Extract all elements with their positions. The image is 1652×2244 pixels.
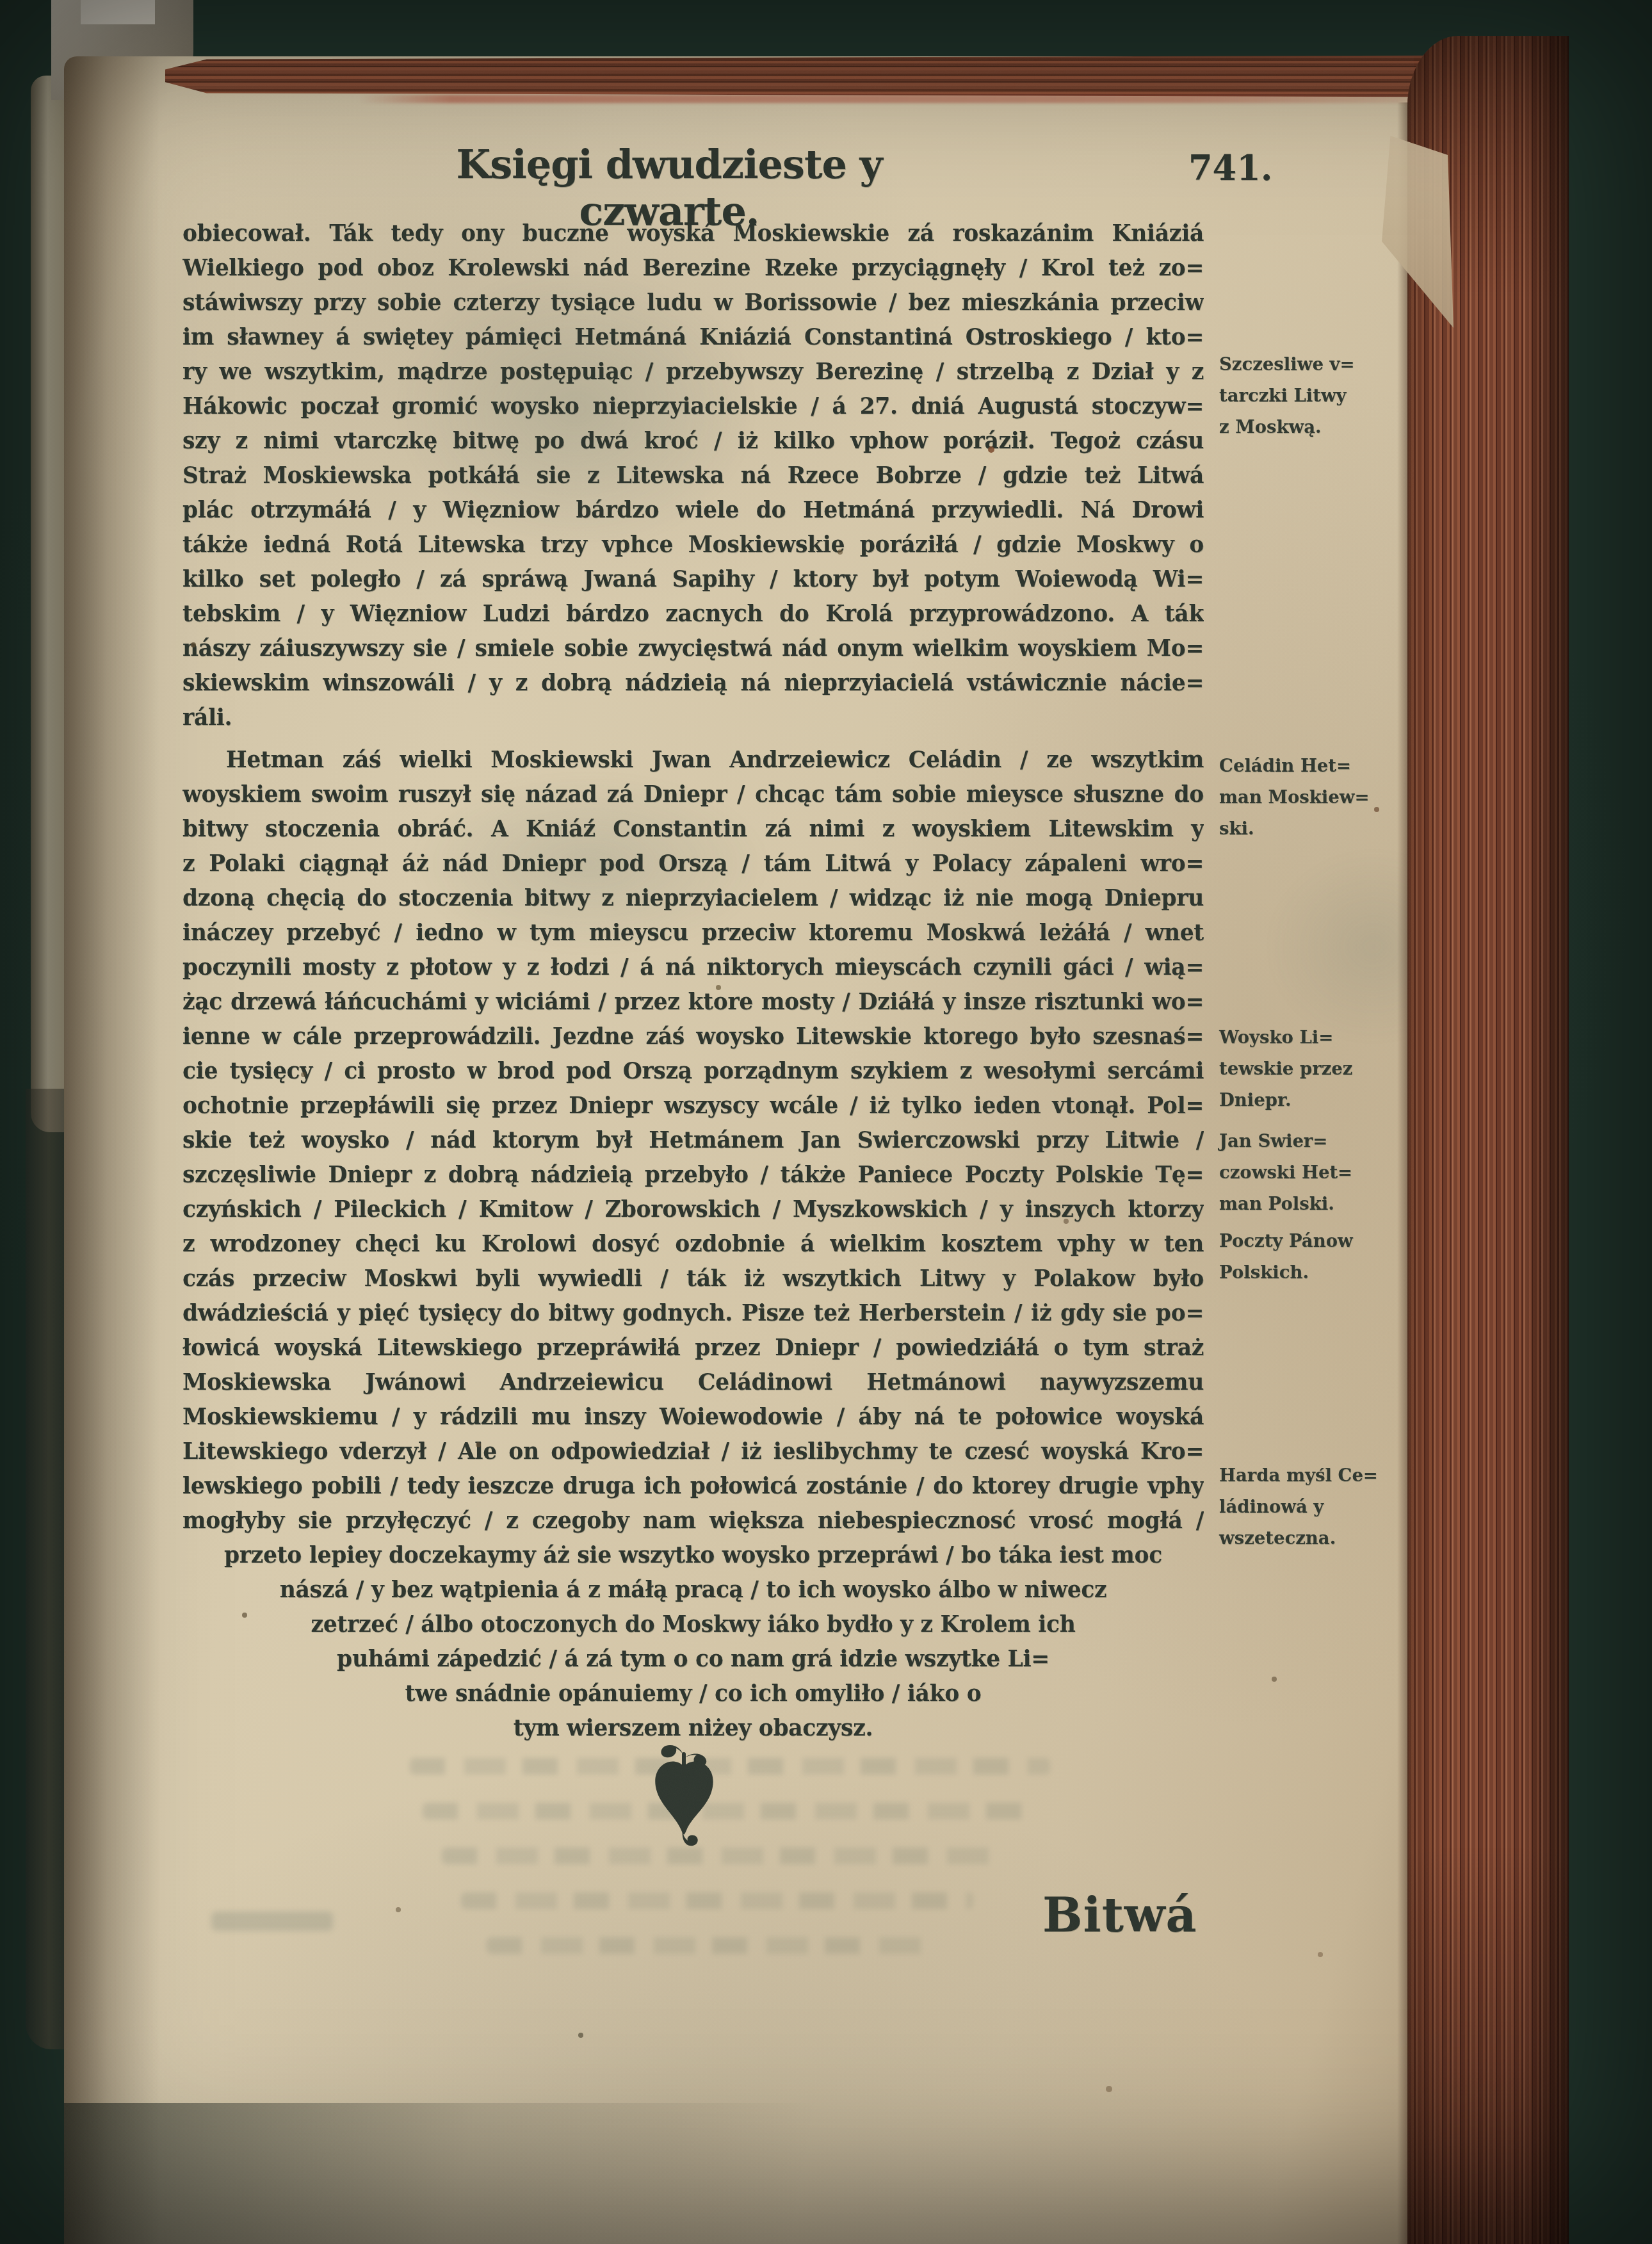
margin-note: Woysko Li=tewskie przezDniepr.	[1219, 1022, 1404, 1116]
hedera-ornament-icon	[645, 1733, 722, 1855]
showthrough-ghost-word	[211, 1912, 333, 1931]
page-edge-shadow	[1397, 102, 1409, 2244]
text-line: bitwy stoczenia obráć. A Kniáź Constanti…	[182, 812, 1204, 847]
text-line: ochotnie przepłáwili się przez Dniepr ws…	[182, 1089, 1204, 1123]
margin-note-line: Dniepr.	[1219, 1085, 1404, 1116]
showthrough-ghost-line	[442, 1848, 1005, 1864]
margin-note-line: ski.	[1219, 813, 1404, 845]
underlying-page-edges	[31, 76, 68, 1132]
margin-note-line: Polskich.	[1219, 1257, 1404, 1289]
margin-note: Poczty PánowPolskich.	[1219, 1226, 1404, 1289]
text-line: nászy záiuszywszy sie / smiele sobie zwy…	[182, 631, 1204, 666]
binding-corner-highlight	[81, 0, 155, 24]
showthrough-ghost-line	[410, 1758, 1050, 1775]
text-line: stáwiwszy przy sobie czterzy tysiące lud…	[182, 286, 1204, 320]
margin-note-line: ládinowá y	[1219, 1492, 1404, 1523]
text-line: tákże iedná Rotá Litewska trzy vphce Mos…	[182, 528, 1204, 562]
text-line: twe snádnie opánuiemy / co ich omyliło /…	[182, 1677, 1204, 1711]
lower-binding-shadow	[26, 1089, 64, 2049]
text-line: ry we wszytkim, mądrze postępuiąc / prze…	[182, 355, 1204, 389]
book-scan-backdrop: Księgi dwudzieste y czwarte. 741. obieco…	[0, 0, 1652, 2244]
margin-note: Jan Swier=czowski Het=man Polski.	[1219, 1126, 1404, 1220]
margin-note-line: man Moskiew=	[1219, 782, 1404, 813]
text-line: cie tysięcy / ci prosto w brod pod Orszą…	[182, 1054, 1204, 1089]
text-line: obiecował. Ták tedy ony buczne woyská Mo…	[182, 216, 1204, 251]
text-line: puhámi zápedzić / á zá tym o co nam grá …	[182, 1642, 1204, 1677]
text-line: skie też woysko / nád ktorym był Hetmáne…	[182, 1123, 1204, 1158]
text-line: dzoną chęcią do stoczenia bitwy z nieprz…	[182, 881, 1204, 916]
margin-note-line: Szczesliwe v=	[1219, 349, 1404, 380]
text-line: Hetman záś wielki Moskiewski Jwan Andrze…	[182, 743, 1204, 777]
text-line: skiewskim winszowáli / y z dobrą nádziei…	[182, 666, 1204, 701]
page-number: 741.	[1188, 147, 1273, 188]
text-line: żąc drzewá łáńcuchámi y wiciámi / przez …	[182, 985, 1204, 1020]
red-edge-smear	[359, 95, 1511, 103]
margin-note-line: tewskie przez	[1219, 1053, 1404, 1085]
margin-note-line: Woysko Li=	[1219, 1022, 1404, 1053]
text-line: tebskim / y Więzniow Ludzi bárdzo zacnyc…	[182, 597, 1204, 631]
text-line: woyskiem swoim ruszył się názad zá Dniep…	[182, 777, 1204, 812]
margin-note-line: z Moskwą.	[1219, 412, 1404, 443]
text-line: zetrzeć / álbo otoczonych do Moskwy iáko…	[182, 1607, 1204, 1642]
margin-note: Celádin Het=man Moskiew=ski.	[1219, 751, 1404, 845]
text-line: ienne w cále przeprowádzili. Jezdne záś …	[182, 1020, 1204, 1054]
book-fore-edge	[1407, 36, 1569, 2244]
text-line: Hákowic poczał gromić woysko nieprzyiaci…	[182, 389, 1204, 424]
showthrough-ghost-line	[487, 1937, 935, 1954]
text-line: łowicá woyská Litewskiego przepráwiłá pr…	[182, 1331, 1204, 1365]
text-line: kilko set poległo / zá spráwą Jwaná Sapi…	[182, 562, 1204, 597]
showthrough-ghost-line	[423, 1803, 1031, 1819]
text-line: z wrodzoney chęci ku Krolowi dosyć ozdob…	[182, 1227, 1204, 1262]
text-line: im sławney á swiętey pámięci Hetmáná Kni…	[182, 320, 1204, 355]
text-line: ináczey przebyć / iedno w tym mieyscu pr…	[182, 916, 1204, 950]
book-page: Księgi dwudzieste y czwarte. 741. obieco…	[64, 56, 1414, 2244]
text-line: czyńskich / Pileckich / Kmitow / Zborows…	[182, 1192, 1204, 1227]
margin-note-line: tarczki Litwy	[1219, 380, 1404, 412]
showthrough-ghost-line	[461, 1892, 973, 1909]
text-line: przeto lepiey doczekaymy áż sie wszytko …	[182, 1538, 1204, 1573]
margin-note: Szczesliwe v=tarczki Litwyz Moskwą.	[1219, 349, 1404, 443]
text-line: czás przeciw Moskwi byli wywiedli / ták …	[182, 1262, 1204, 1296]
margin-note-line: Poczty Pánow	[1219, 1226, 1404, 1257]
margin-note-line: man Polski.	[1219, 1189, 1404, 1220]
book-top-edge	[165, 55, 1547, 97]
text-line: ráli.	[182, 701, 1204, 735]
text-line: mogłyby sie przyłęczyć / z czegoby nam w…	[182, 1504, 1204, 1538]
text-line: szy z nimi vtarczkę bitwę po dwá kroć / …	[182, 424, 1204, 459]
text-line: Wielkiego pod oboz Krolewski nád Berezin…	[182, 251, 1204, 286]
text-line: dwádzieściá y pięć tysięcy do bitwy godn…	[182, 1296, 1204, 1331]
margin-note-line: Jan Swier=	[1219, 1126, 1404, 1157]
text-line: Moskiewska Jwánowi Andrzeiewicu Celádino…	[182, 1365, 1204, 1400]
text-line: szczęsliwie Dniepr z dobrą nádzieią prze…	[182, 1158, 1204, 1192]
text-line: lewskiego pobili / tedy ieszcze druga ic…	[182, 1469, 1204, 1504]
margin-note-line: wszeteczna.	[1219, 1523, 1404, 1554]
margin-note-line: czowski Het=	[1219, 1157, 1404, 1189]
text-line: z Polaki ciągnął áż nád Dniepr pod Orszą…	[182, 847, 1204, 881]
text-line: nászá / y bez wątpienia á z máłą pracą /…	[182, 1573, 1204, 1607]
text-line: Straż Moskiewska potkáłá sie z Litewska …	[182, 459, 1204, 493]
margin-note: Harda myśl Ce=ládinowá ywszeteczna.	[1219, 1460, 1404, 1554]
dust-specks	[0, 0, 3, 3]
text-line: Litewskiego vderzył / Ale on odpowiedzia…	[182, 1435, 1204, 1469]
margin-note-line: Harda myśl Ce=	[1219, 1460, 1404, 1492]
body-text: obiecował. Ták tedy ony buczne woyská Mo…	[182, 216, 1204, 1746]
text-line: poczynili mosty z płotow y z łodzi / á n…	[182, 950, 1204, 985]
text-line: Moskiewskiemu / y rádzili mu inszy Woiew…	[182, 1400, 1204, 1435]
catchword: Bitwá	[1042, 1888, 1197, 1943]
text-line: plác otrzymáłá / y Więzniow bárdzo wiele…	[182, 493, 1204, 528]
margin-note-line: Celádin Het=	[1219, 751, 1404, 782]
